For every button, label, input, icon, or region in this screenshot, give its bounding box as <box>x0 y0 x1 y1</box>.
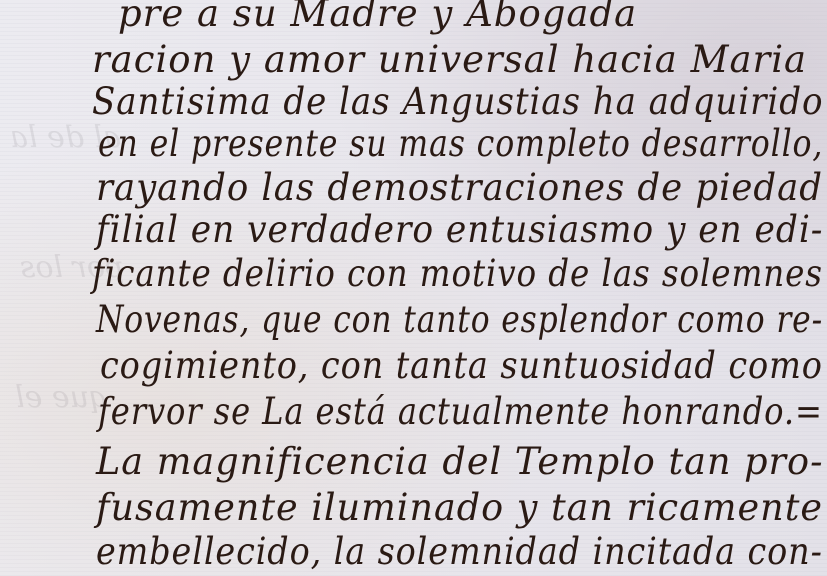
manuscript-line-12: fusamente iluminado y tan ricamente <box>96 486 823 529</box>
manuscript-line-3: Santisima de las Angustias ha adquirido <box>92 80 823 123</box>
bleed-through-line: que el <box>15 380 108 415</box>
manuscript-line-5: rayando las demostraciones de piedad <box>96 166 823 209</box>
manuscript-line-6: filial en verdadero entusiasmo y en edi- <box>96 208 823 251</box>
manuscript-line-7: ficante delirio con motivo de las solemn… <box>92 252 823 295</box>
manuscript-line-2: racion y amor universal hacia Maria <box>92 38 807 81</box>
manuscript-line-1: pre a su Madre y Abogada <box>118 0 637 35</box>
manuscript-line-11: La magnificencia del Templo tan pro- <box>96 440 823 483</box>
manuscript-line-10: fervor se La está actualmente honrando.= <box>98 390 823 433</box>
manuscript-line-8: Novenas, que con tanto esplendor como re… <box>96 298 823 341</box>
manuscript-line-13: embellecido, la solemnidad incitada con- <box>96 530 823 573</box>
manuscript-page: al de la por los que el pre a su Madre y… <box>0 0 827 576</box>
manuscript-line-4: en el presente su mas completo desarroll… <box>98 122 823 165</box>
manuscript-line-9: cogimiento, con tanta suntuosidad como <box>100 344 823 387</box>
